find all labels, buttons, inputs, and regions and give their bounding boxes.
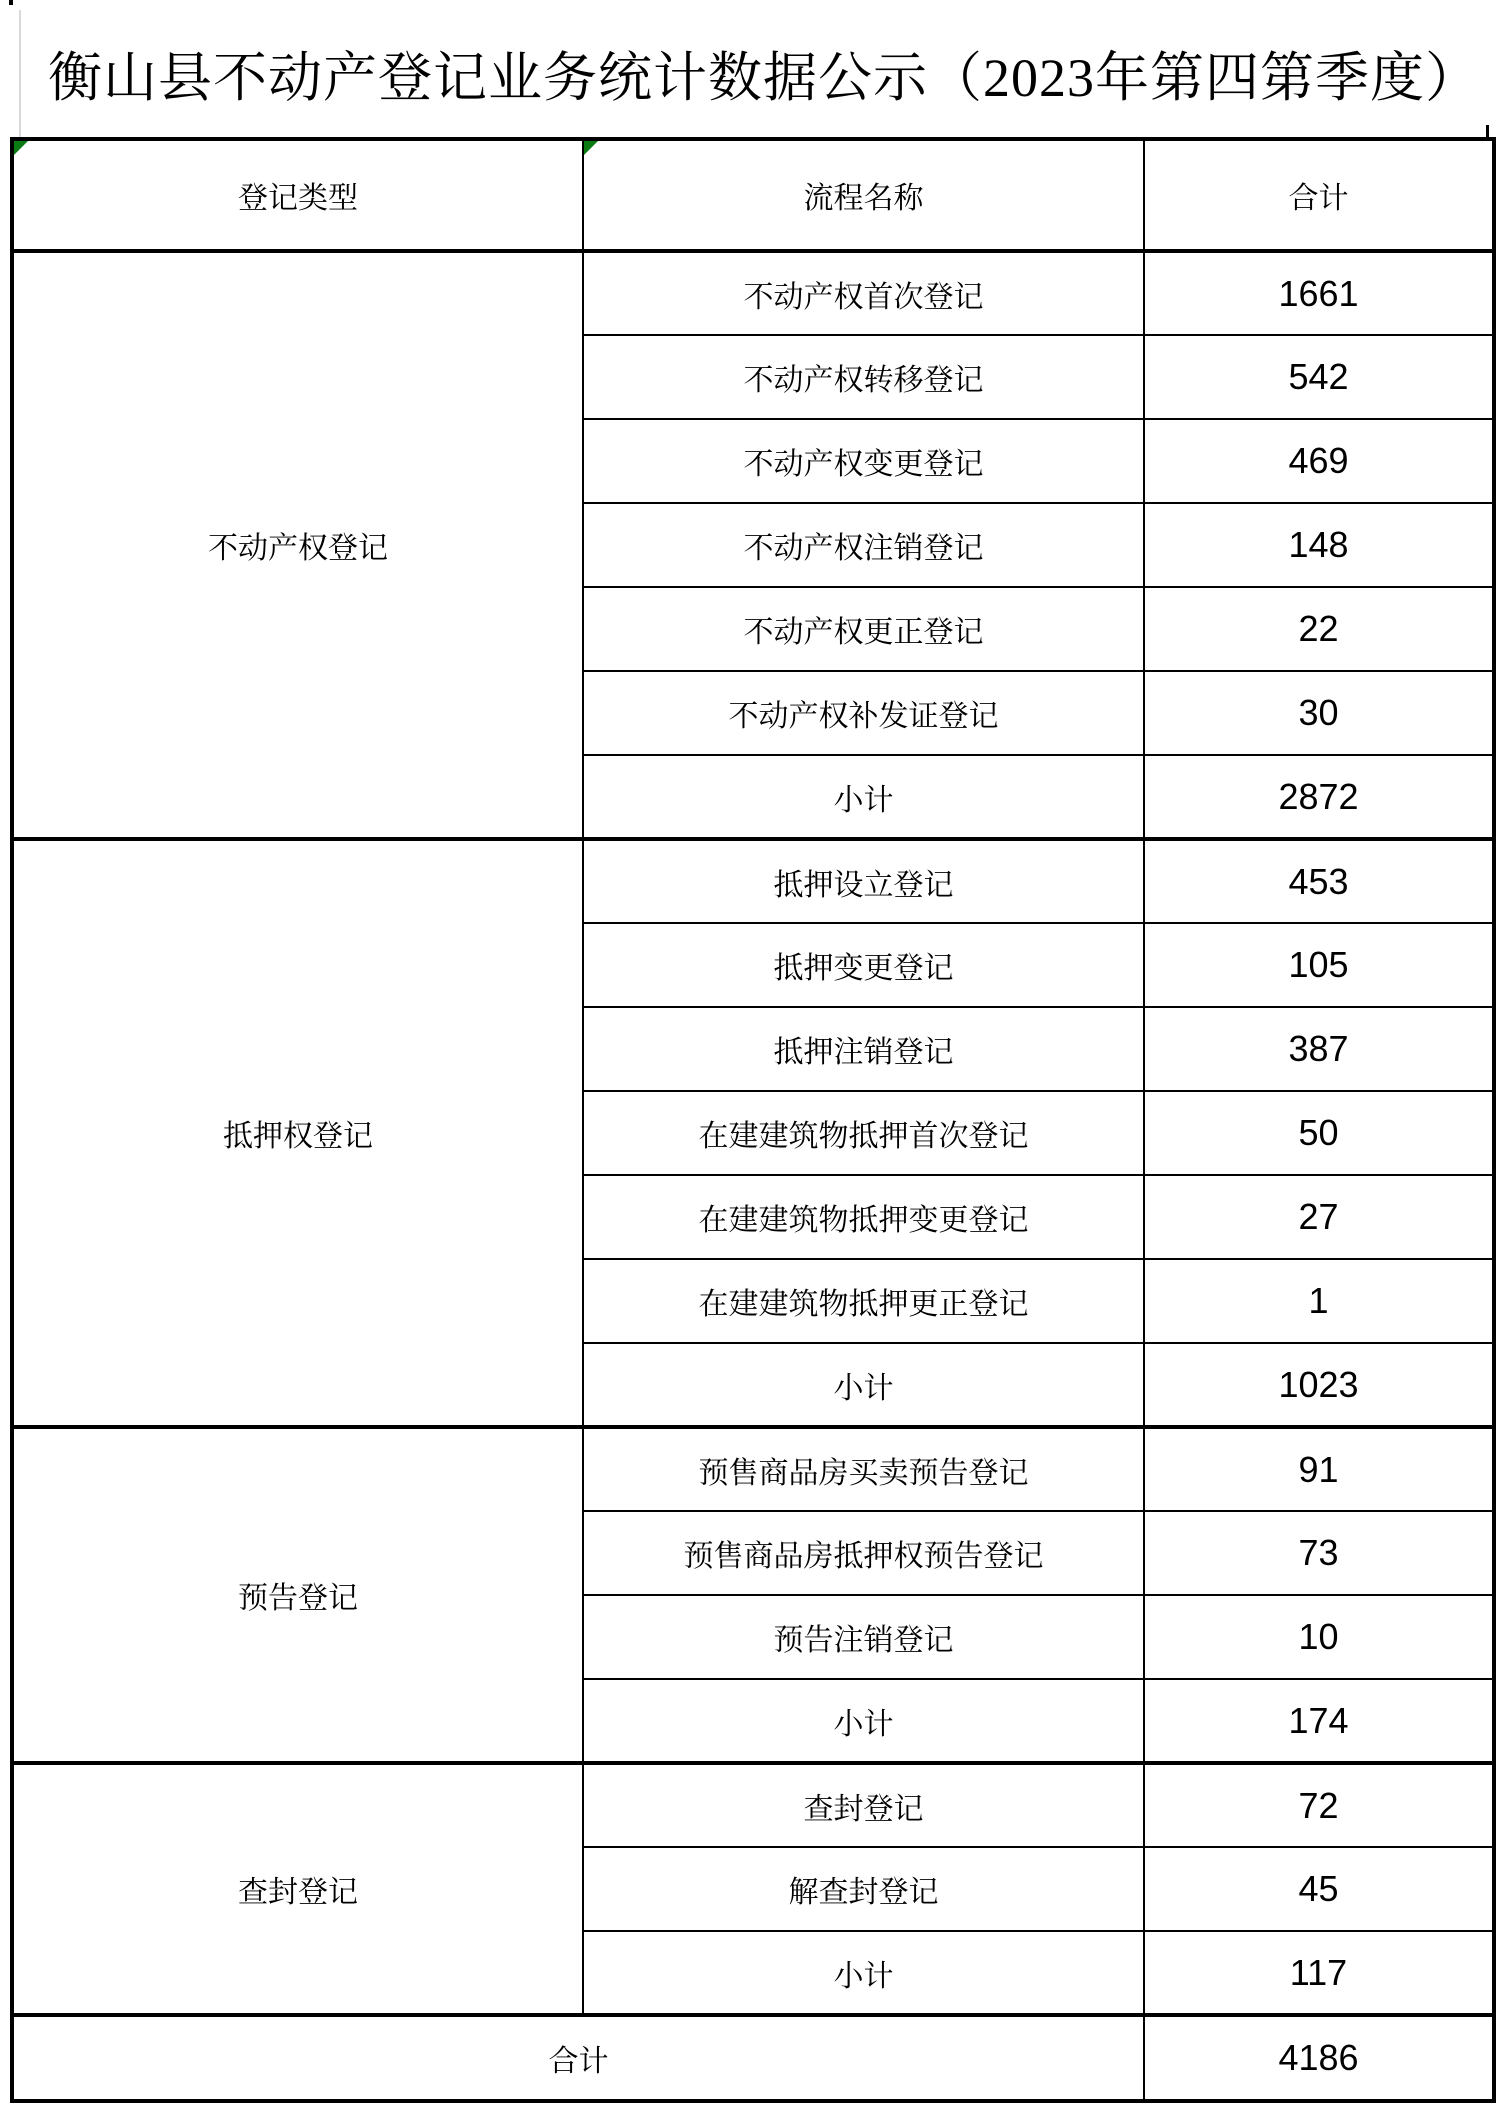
process-cell: 不动产权首次登记 [583,251,1144,335]
process-cell: 不动产权转移登记 [583,335,1144,419]
process-cell: 查封登记 [583,1763,1144,1847]
process-cell: 抵押设立登记 [583,839,1144,923]
total-cell: 73 [1144,1511,1494,1595]
grand-total-row: 合计 4186 [12,2015,1494,2101]
process-cell: 预售商品房抵押权预告登记 [583,1511,1144,1595]
process-cell: 在建建筑物抵押首次登记 [583,1091,1144,1175]
total-cell: 148 [1144,503,1494,587]
table-row: 查封登记 查封登记 72 [12,1763,1494,1847]
total-cell: 45 [1144,1847,1494,1931]
process-cell: 不动产权注销登记 [583,503,1144,587]
process-cell: 在建建筑物抵押更正登记 [583,1259,1144,1343]
table-row: 抵押权登记 抵押设立登记 453 [12,839,1494,923]
cell-error-marker-icon [584,141,598,155]
subtotal-label-cell: 小计 [583,1931,1144,2015]
total-cell: 1 [1144,1259,1494,1343]
total-cell: 27 [1144,1175,1494,1259]
artifact-tick-right [1486,125,1489,137]
total-cell: 30 [1144,671,1494,755]
total-cell: 105 [1144,923,1494,1007]
table-header-row: 登记类型 流程名称 合计 [12,139,1494,251]
subtotal-label-cell: 小计 [583,755,1144,839]
registration-stats-table: 登记类型 流程名称 合计 不动产权登记 不动产权首次登记 1661 不动产权转移… [10,137,1496,2103]
group-label-cell: 抵押权登记 [12,839,583,1427]
total-cell: 1661 [1144,251,1494,335]
header-type-label: 登记类型 [238,182,358,215]
subtotal-value-cell: 117 [1144,1931,1494,2015]
total-cell: 453 [1144,839,1494,923]
process-cell: 不动产权补发证登记 [583,671,1144,755]
process-cell: 抵押注销登记 [583,1007,1144,1091]
group-label-cell: 不动产权登记 [12,251,583,839]
subtotal-value-cell: 1023 [1144,1343,1494,1427]
process-cell: 在建建筑物抵押变更登记 [583,1175,1144,1259]
subtotal-value-cell: 174 [1144,1679,1494,1763]
artifact-tick-left [9,0,13,5]
total-cell: 22 [1144,587,1494,671]
process-cell: 预告注销登记 [583,1595,1144,1679]
header-cell-type: 登记类型 [12,139,583,251]
total-cell: 469 [1144,419,1494,503]
total-cell: 91 [1144,1427,1494,1511]
total-cell: 542 [1144,335,1494,419]
process-cell: 不动产权变更登记 [583,419,1144,503]
header-cell-total: 合计 [1144,139,1494,251]
header-process-label: 流程名称 [804,182,924,215]
table-row: 预告登记 预售商品房买卖预告登记 91 [12,1427,1494,1511]
grand-total-value-cell: 4186 [1144,2015,1494,2101]
process-cell: 抵押变更登记 [583,923,1144,1007]
artifact-gray-edge [19,10,21,137]
total-cell: 10 [1144,1595,1494,1679]
process-cell: 解查封登记 [583,1847,1144,1931]
total-cell: 72 [1144,1763,1494,1847]
cell-error-marker-icon [14,141,28,155]
group-label-cell: 预告登记 [12,1427,583,1763]
header-cell-process: 流程名称 [583,139,1144,251]
table-row: 不动产权登记 不动产权首次登记 1661 [12,251,1494,335]
page-title: 衡山县不动产登记业务统计数据公示（2023年第四第季度） [48,42,1488,114]
page: 衡山县不动产登记业务统计数据公示（2023年第四第季度） 登记类型 流程名称 合… [0,0,1504,2112]
group-label-cell: 查封登记 [12,1763,583,2015]
total-cell: 387 [1144,1007,1494,1091]
subtotal-label-cell: 小计 [583,1343,1144,1427]
subtotal-label-cell: 小计 [583,1679,1144,1763]
subtotal-value-cell: 2872 [1144,755,1494,839]
header-total-label: 合计 [1289,182,1349,215]
process-cell: 预售商品房买卖预告登记 [583,1427,1144,1511]
process-cell: 不动产权更正登记 [583,587,1144,671]
grand-total-label-cell: 合计 [12,2015,1144,2101]
total-cell: 50 [1144,1091,1494,1175]
